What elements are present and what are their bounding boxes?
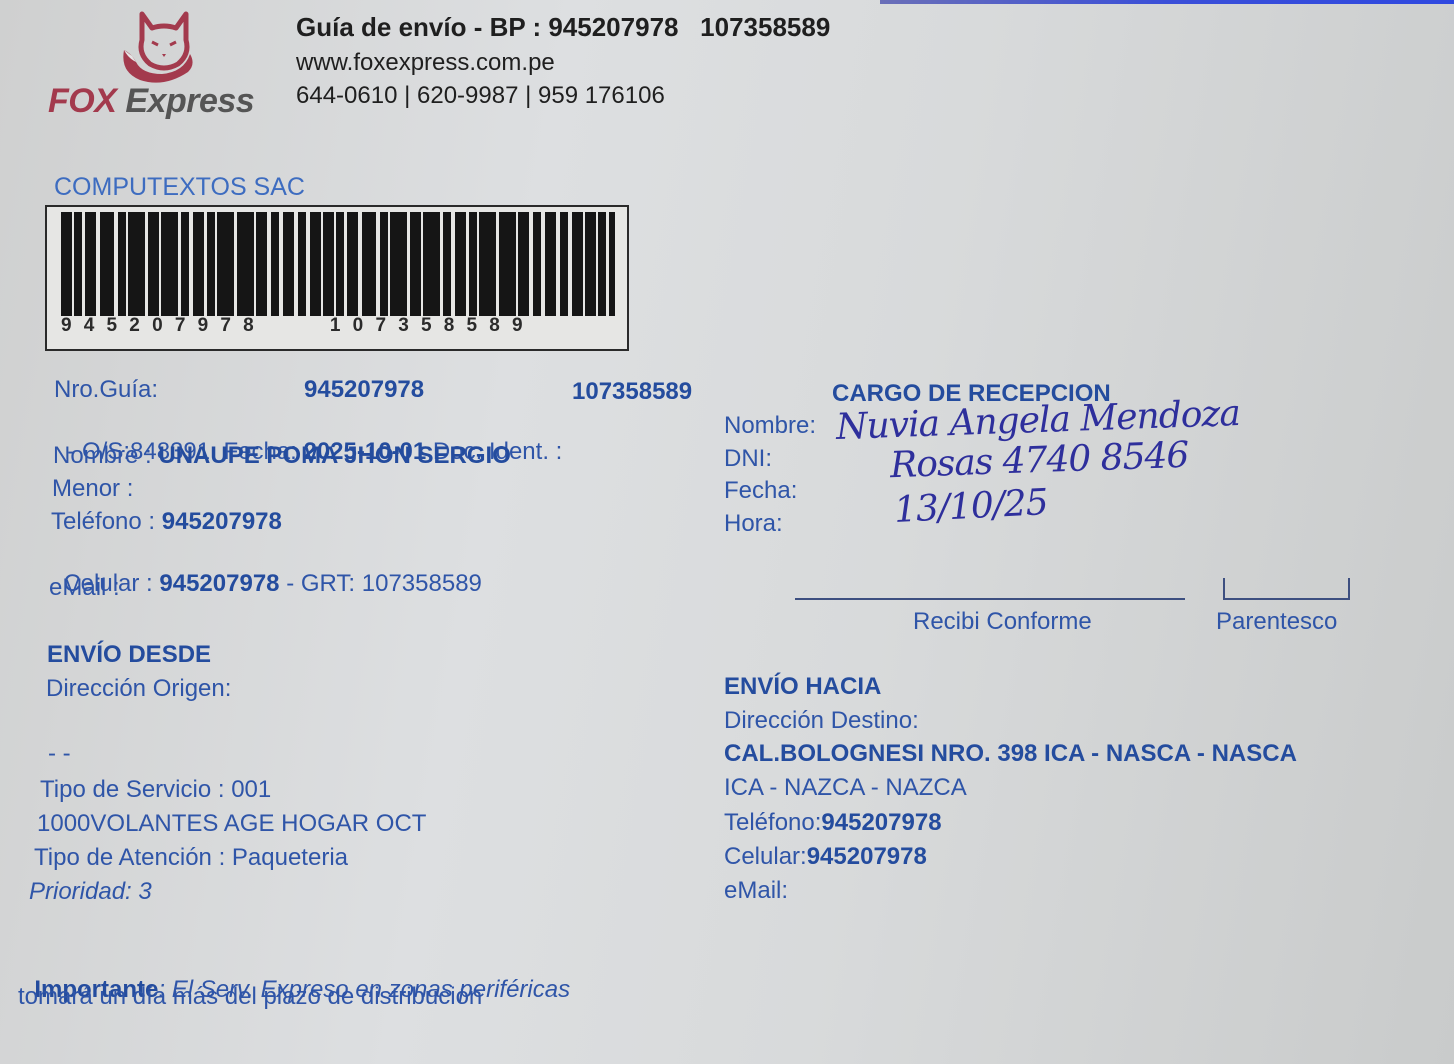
menor-label: Menor : [52,475,133,503]
website: www.foxexpress.com.pe [296,49,555,77]
parentesco-line [1223,598,1350,600]
tipo-servicio: Tipo de Servicio : 001 [40,776,271,804]
cargo-nombre-label: Nombre: [724,412,816,440]
cargo-hora-label: Hora: [724,510,783,538]
nro-guia-label: Nro.Guía: [54,376,158,404]
destino-celular-label: Celular: [724,843,807,870]
direccion-origen-label: Dirección Origen: [46,675,231,703]
phone-numbers: 644-0610 | 620-9987 | 959 176106 [296,82,665,110]
grt-value: - GRT: 107358589 [280,570,482,597]
nombre-line: Nombre : UNAUPE POMA JHON SERGIO [53,442,511,470]
brand-logo: FOX Express [48,82,254,121]
envio-desde-title: ENVÍO DESDE [47,641,211,669]
parentesco-line-right [1348,578,1350,600]
recibi-conforme-label: Recibi Conforme [913,608,1092,636]
parentesco-line-left [1223,578,1225,600]
prioridad: Prioridad: 3 [29,878,152,906]
telefono-value: 945207978 [162,508,282,535]
barcode-digits-right: 107358589 [330,315,535,336]
sender-company: COMPUTEXTOS SAC [54,173,305,202]
nombre-label: Nombre : [53,442,158,469]
destino-telefono-label: Teléfono: [724,809,821,836]
tipo-atencion: Tipo de Atención : Paqueteria [34,844,348,872]
handwritten-date: 13/10/25 [893,482,1049,531]
top-edge-strip [880,0,1454,4]
brand-word-fox: FOX [48,82,116,120]
telefono-line: Teléfono : 945207978 [51,508,282,536]
signature-line [795,598,1185,600]
destino-celular-line: Celular:945207978 [724,843,927,871]
important-note-line2: tomará un día más del plazo de distribuc… [18,983,482,1011]
service-description: 1000VOLANTES AGE HOGAR OCT [37,810,426,838]
destino-telefono-line: Teléfono:945207978 [724,809,942,837]
direccion-origen-value: - - [48,740,71,768]
destino-email-label: eMail: [724,877,788,905]
envio-hacia-title: ENVÍO HACIA [724,673,881,701]
barcode-digits-left: 945207978 [61,315,266,336]
destino-celular-value: 945207978 [807,843,927,870]
barcode-digits: 945207978107358589 [61,315,615,337]
barcode-bars [61,212,615,316]
nro-guia-2: 107358589 [572,378,692,406]
direccion-destino-value: CAL.BOLOGNESI NRO. 398 ICA - NASCA - NAS… [724,740,1297,768]
celular-value: 945207978 [159,570,279,597]
destino-telefono-value: 945207978 [821,809,941,836]
telefono-label: Teléfono : [51,508,162,535]
email-label: eMail : [49,574,120,602]
brand-word-express: Express [125,82,254,120]
guide-title: Guía de envío - BP : 945207978 107358589 [296,12,830,43]
nro-guia-1: 945207978 [304,376,424,404]
nombre-value: UNAUPE POMA JHON SERGIO [158,442,511,469]
barcode: 945207978107358589 [45,205,629,351]
direccion-destino-label: Dirección Destino: [724,707,919,735]
cargo-fecha-label: Fecha: [724,477,797,505]
destino-ubicacion: ICA - NAZCA - NAZCA [724,774,967,802]
parentesco-label: Parentesco [1216,608,1337,636]
cargo-dni-label: DNI: [724,445,772,473]
